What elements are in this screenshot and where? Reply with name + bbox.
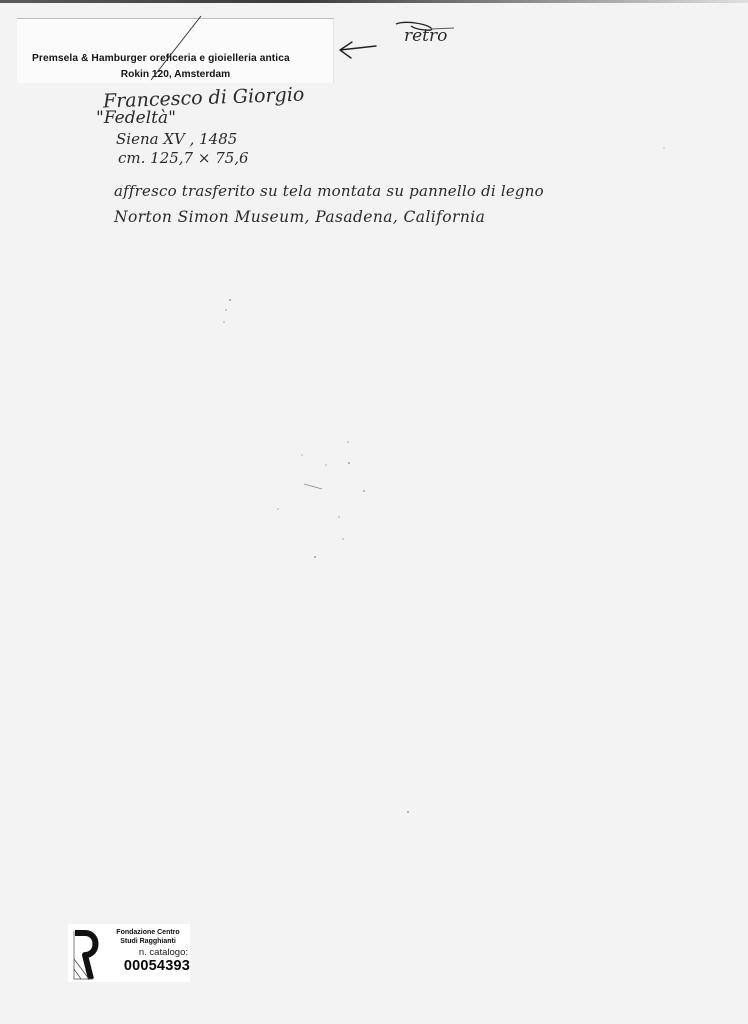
catalog-number: 00054393 — [114, 958, 190, 974]
retro-note: retro — [404, 26, 447, 46]
handwritten-location: Norton Simon Museum, Pasadena, Californi… — [114, 208, 485, 226]
handwritten-place-date: Siena XV , 1485 — [116, 130, 237, 148]
dust-specks — [0, 0, 748, 1024]
handwritten-title: "Fedeltà" — [96, 108, 176, 128]
handwritten-technique: affresco trasferito su tela montata su p… — [114, 182, 544, 200]
catalog-number-label: n. catalogo: — [116, 947, 188, 958]
pen-slash-mark — [145, 14, 205, 84]
archive-catalog-label: Fondazione Centro Studi Ragghianti n. ca… — [68, 924, 190, 982]
handwritten-dimensions: cm. 125,7 × 75,6 — [118, 149, 249, 167]
photo-top-edge — [0, 0, 748, 3]
archive-organization: Fondazione Centro Studi Ragghianti — [108, 929, 188, 946]
fondazione-ragghianti-logo-icon — [71, 929, 103, 981]
